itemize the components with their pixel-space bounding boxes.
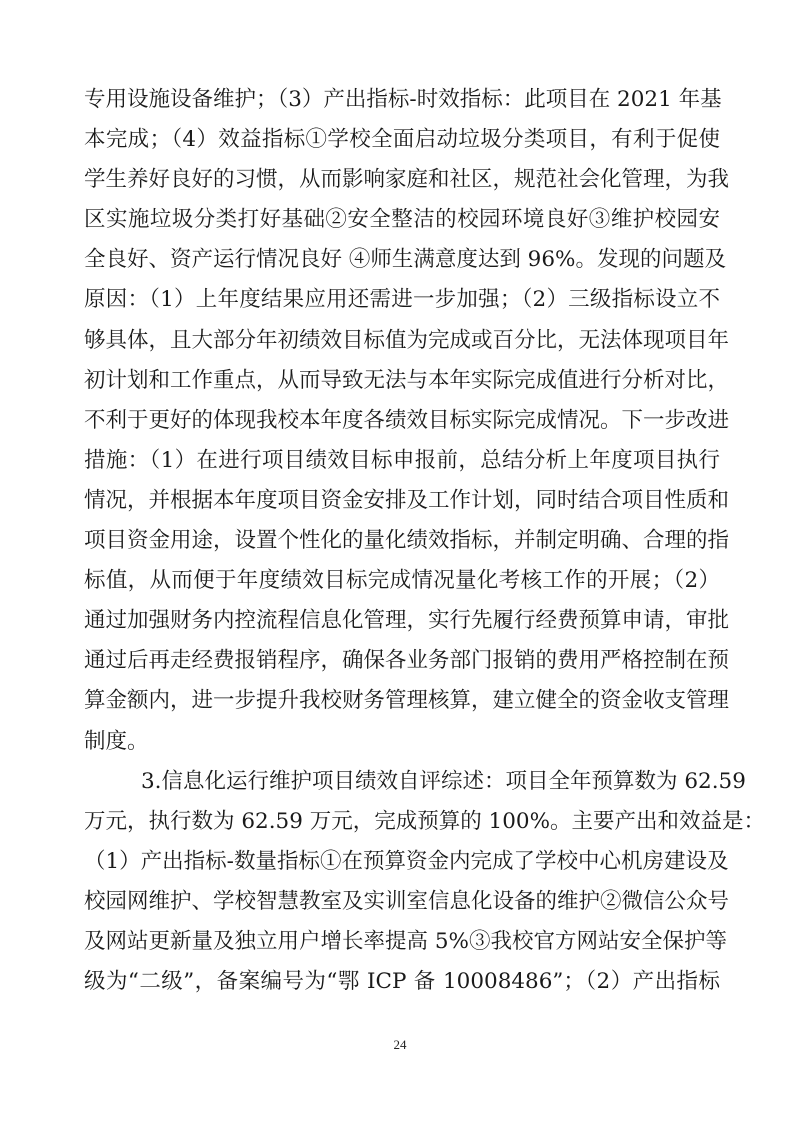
text-line: 情况，并根据本年度项目资金安排及工作计划，同时结合项目性质和 [84, 481, 720, 521]
text-line: 算金额内，进一步提升我校财务管理核算，建立健全的资金收支管理 [84, 681, 720, 721]
text-line: 通过加强财务内控流程信息化管理，实行先履行经费预算申请，审批 [84, 601, 720, 641]
text-line: 级为“二级”，备案编号为“鄂 ICP 备 10008486”；（2）产出指标 [84, 962, 720, 1002]
text-line: 区实施垃圾分类打好基础②安全整洁的校园环境良好③维护校园安 [84, 200, 720, 240]
section-heading-line: 3.信息化运行维护项目绩效自评综述：项目全年预算数为 62.59 [84, 762, 720, 802]
text-line: 制度。 [84, 722, 720, 762]
text-line: 本完成；（4）效益指标①学校全面启动垃圾分类项目，有利于促使 [84, 120, 720, 160]
text-line: 学生养好良好的习惯，从而影响家庭和社区，规范社会化管理，为我 [84, 160, 720, 200]
text-line: 标值，从而便于年度绩效目标完成情况量化考核工作的开展；（2） [84, 561, 720, 601]
text-line: 措施：（1）在进行项目绩效目标申报前，总结分析上年度项目执行 [84, 441, 720, 481]
text-line: 专用设施设备维护；（3）产出指标-时效指标：此项目在 2021 年基 [84, 80, 720, 120]
text-line: 够具体，且大部分年初绩效目标值为完成或百分比，无法体现项目年 [84, 321, 720, 361]
text-line: 校园网维护、学校智慧教室及实训室信息化设备的维护②微信公众号 [84, 882, 720, 922]
text-line: 初计划和工作重点，从而导致无法与本年实际完成值进行分析对比， [84, 361, 720, 401]
text-line: 全良好、资产运行情况良好 ④师生满意度达到 96%。发现的问题及 [84, 240, 720, 280]
text-line: 原因：（1）上年度结果应用还需进一步加强；（2）三级指标设立不 [84, 280, 720, 320]
text-line: 及网站更新量及独立用户增长率提高 5%③我校官方网站安全保护等 [84, 922, 720, 962]
body-text: 专用设施设备维护；（3）产出指标-时效指标：此项目在 2021 年基 本完成；（… [84, 80, 720, 1002]
text-line: 不利于更好的体现我校本年度各绩效目标实际完成情况。下一步改进 [84, 401, 720, 441]
text-line: 万元，执行数为 62.59 万元，完成预算的 100%。主要产出和效益是： [84, 802, 720, 842]
document-page: 专用设施设备维护；（3）产出指标-时效指标：此项目在 2021 年基 本完成；（… [0, 0, 800, 1131]
text-line: 项目资金用途，设置个性化的量化绩效指标，并制定明确、合理的指 [84, 521, 720, 561]
text-line: （1）产出指标-数量指标①在预算资金内完成了学校中心机房建设及 [84, 842, 720, 882]
page-number: 24 [0, 1037, 800, 1053]
text-line: 通过后再走经费报销程序，确保各业务部门报销的费用严格控制在预 [84, 641, 720, 681]
